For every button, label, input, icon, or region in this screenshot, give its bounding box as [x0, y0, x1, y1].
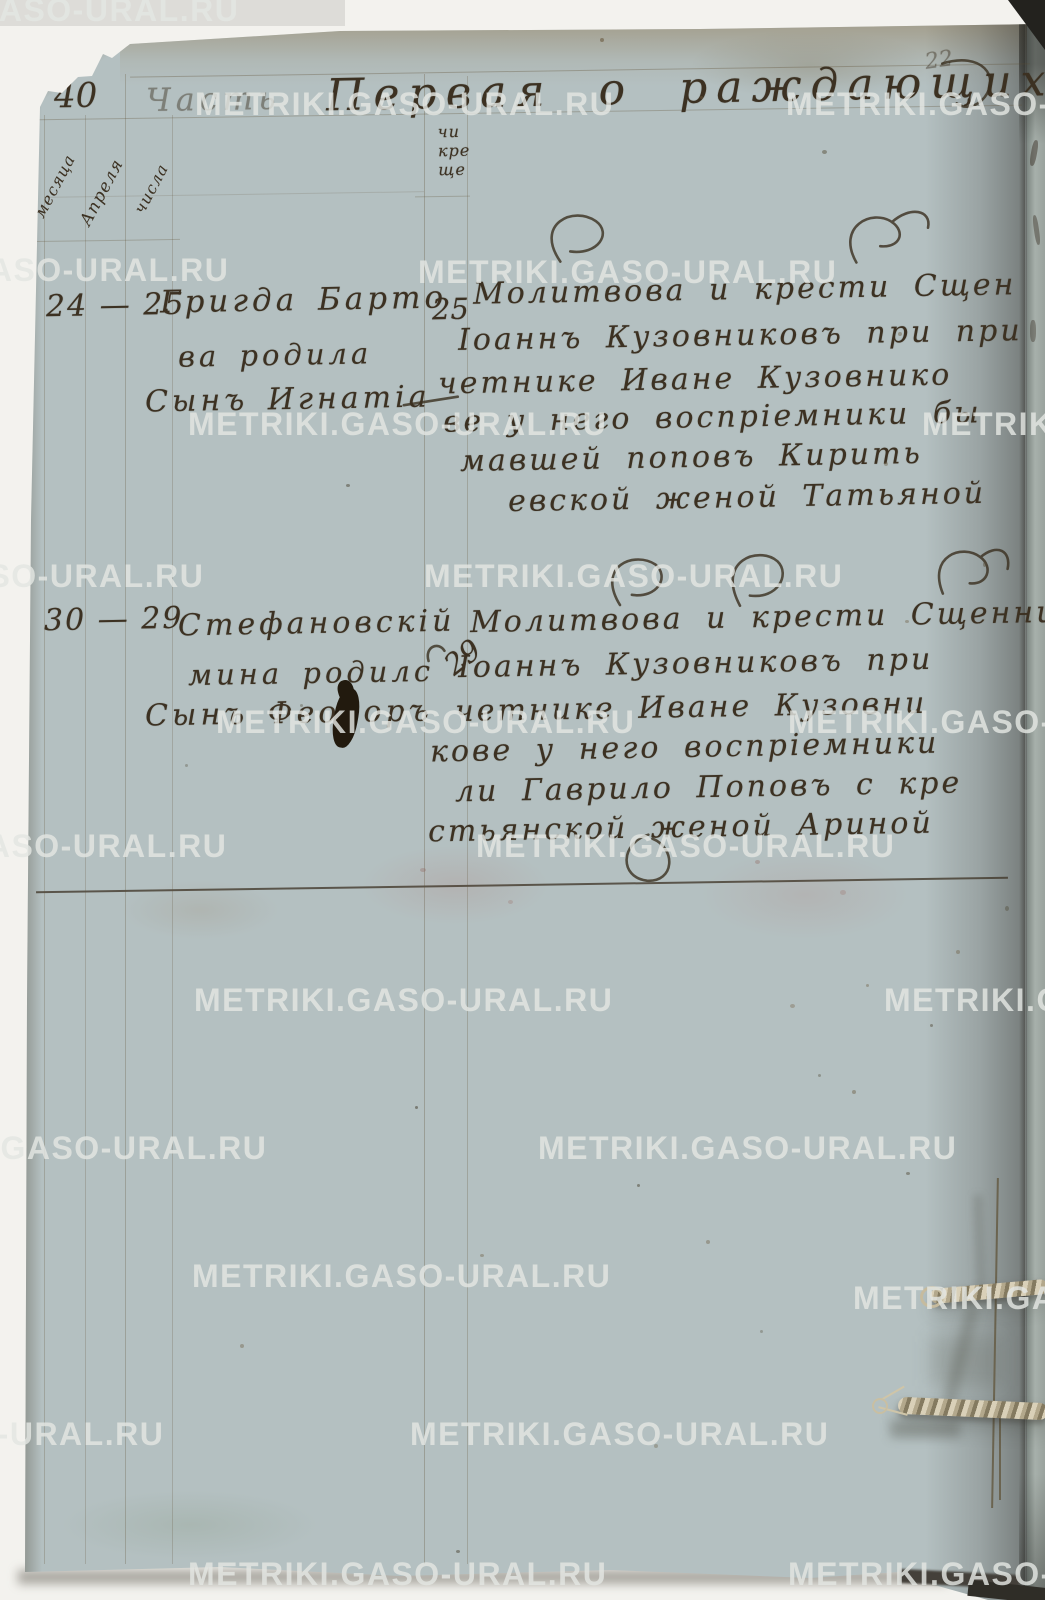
flourish-strokes	[0, 0, 1045, 1600]
paper-speck	[706, 1240, 710, 1244]
paper-speck	[456, 1550, 460, 1553]
metrical-book-scan: 40 Часть Первая о раждающихся 22 месяца …	[0, 0, 1045, 1600]
paper-speck	[185, 764, 188, 767]
flourish	[551, 215, 603, 261]
paper-speck	[508, 900, 513, 904]
flourish	[428, 646, 445, 661]
paper-speck	[818, 1074, 821, 1077]
flourish	[732, 555, 783, 606]
flourish	[942, 60, 990, 107]
paper-speck	[852, 1090, 856, 1094]
paper-speck	[956, 950, 960, 954]
paper-speck	[905, 620, 909, 623]
paper-speck	[840, 890, 846, 895]
paper-speck	[983, 562, 986, 567]
paper-speck	[906, 1172, 910, 1175]
flourish	[626, 834, 669, 881]
paper-speck	[700, 96, 703, 99]
paper-speck	[300, 704, 303, 707]
paper-speck	[930, 1024, 933, 1027]
paper-speck	[420, 868, 426, 872]
paper-speck	[755, 860, 760, 864]
watermark-tile: METRIKI.GASO-URAL.RU	[0, 0, 239, 29]
paper-speck	[480, 1254, 484, 1257]
paper-speck	[240, 1344, 244, 1348]
paper-speck	[898, 332, 902, 336]
flourish	[850, 217, 900, 262]
paper-speck	[346, 484, 350, 487]
paper-speck	[600, 38, 604, 42]
flourish	[612, 559, 662, 605]
paper-speck	[1005, 906, 1009, 911]
paper-speck	[790, 1004, 795, 1008]
paper-speck	[822, 150, 827, 154]
flourish	[404, 397, 458, 406]
page-scan: 40 Часть Первая о раждающихся 22 месяца …	[0, 0, 1045, 1600]
paper-speck	[415, 1106, 418, 1109]
paper-speck	[866, 984, 869, 987]
paper-speck	[884, 462, 888, 466]
scanner-top-left-tint	[0, 0, 345, 26]
paper-speck	[654, 1444, 658, 1448]
paper-speck	[760, 1330, 763, 1333]
paper-speck	[637, 1184, 640, 1187]
